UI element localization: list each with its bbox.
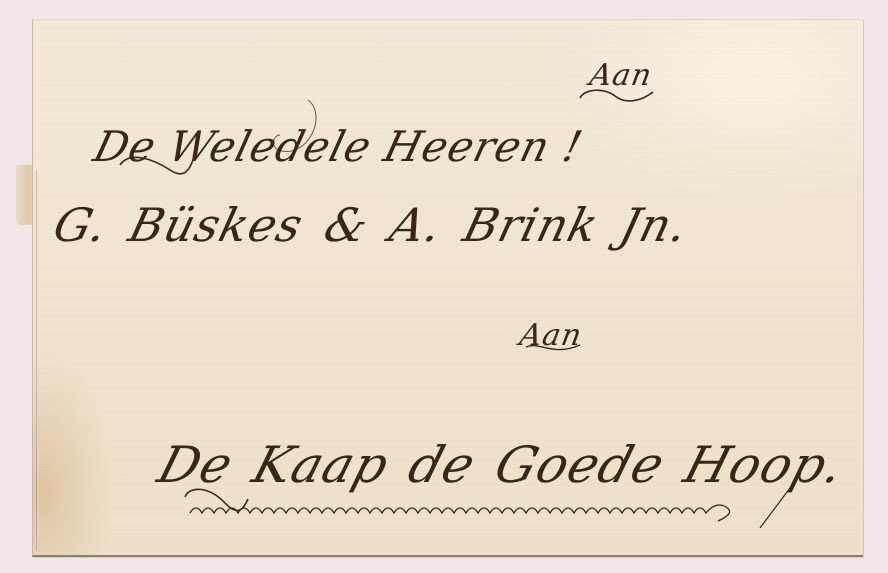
fold-line	[36, 170, 37, 550]
underline-flourish	[150, 488, 800, 528]
address-line-aan-top: Aan	[587, 58, 655, 93]
address-line-addressees: G. Büskes & A. Brink Jn.	[48, 198, 694, 252]
address-line-destination: De Kaap de Goede Hoop.	[152, 436, 851, 494]
address-line-salutation: De Weledele Heeren !	[89, 122, 588, 171]
address-line-aan-middle: Aan	[517, 318, 585, 353]
